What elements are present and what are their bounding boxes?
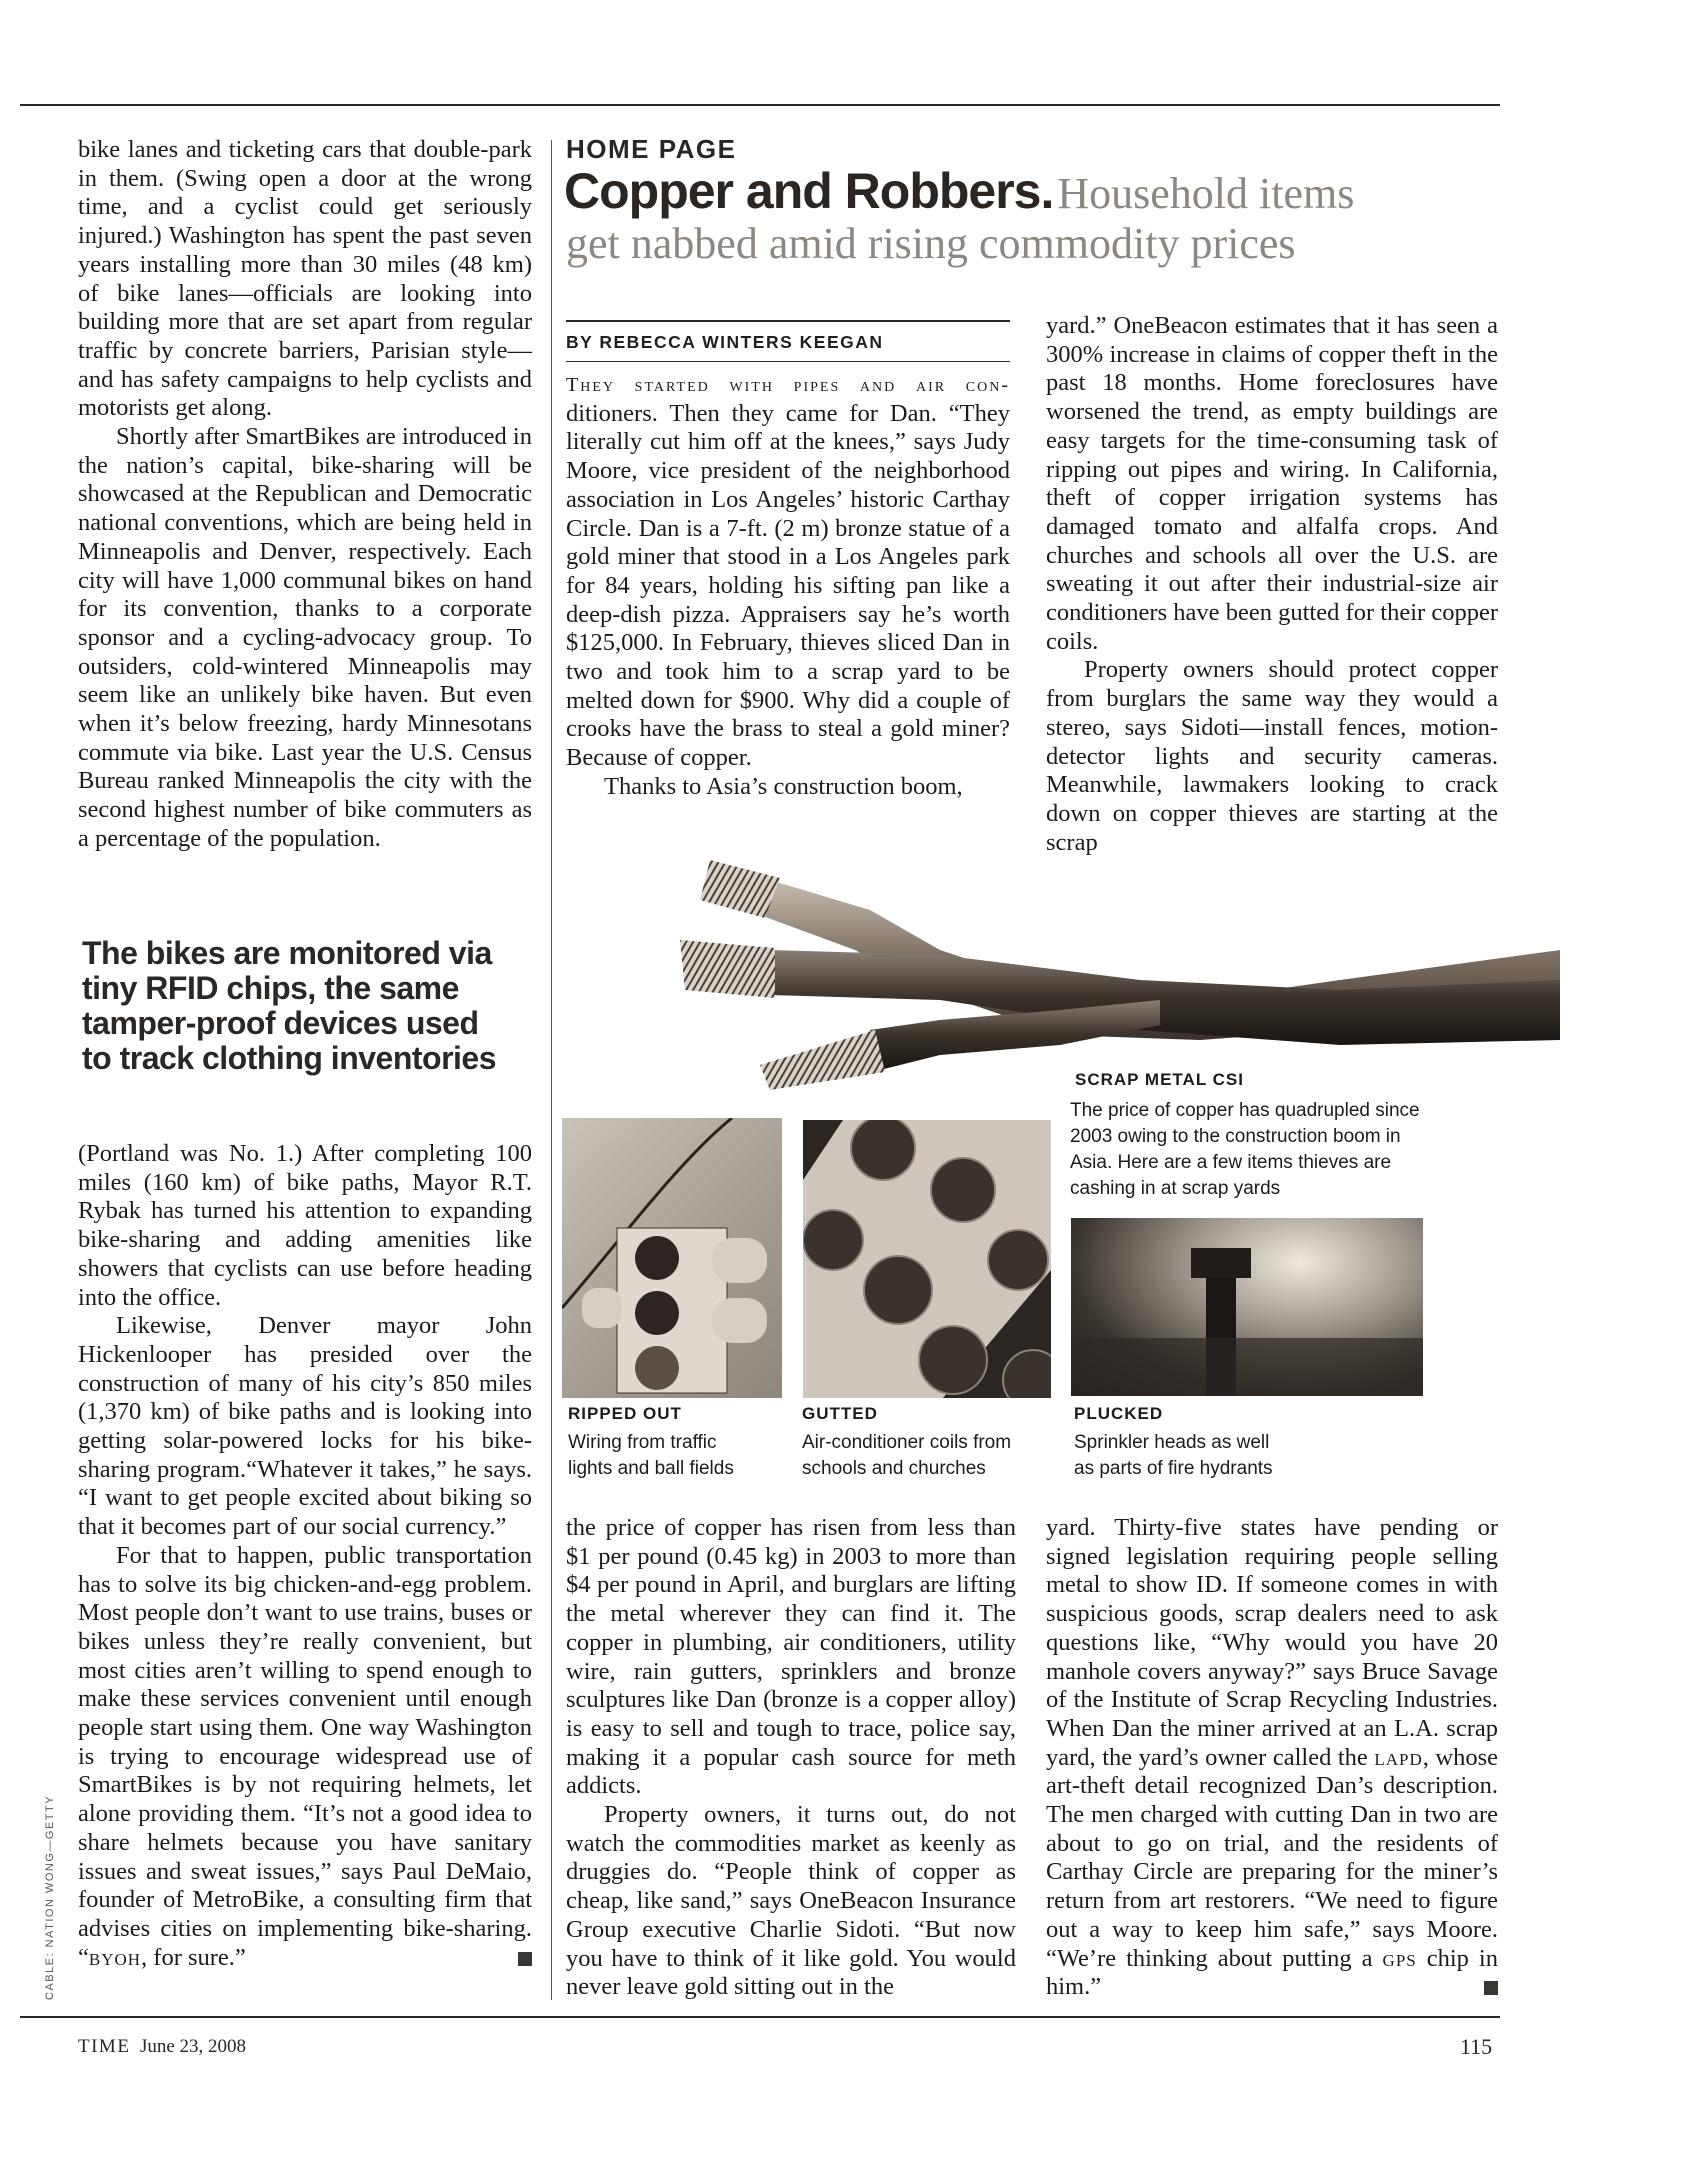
bottom-rule [20, 2016, 1500, 2018]
article-right-top: yard.” OneBeacon estimates that it has s… [1046, 312, 1498, 857]
sprinkler-icon [1071, 1218, 1423, 1396]
article-middle-top: They started with pipes and air con- dit… [566, 370, 1010, 802]
traffic-light-photo [562, 1118, 782, 1398]
left-para-2: Shortly after SmartBikes are introduced … [78, 423, 532, 854]
sprinkler-photo [1071, 1218, 1423, 1396]
caption-gutted: GUTTED Air-conditioner coils from school… [802, 1404, 1062, 1482]
left-para-4: Likewise, Denver mayor John Hickenlooper… [78, 1312, 532, 1542]
headline-bold: Copper and Robbers. [564, 163, 1053, 219]
article-mid-bottom-p2: Property owners, it turns out, do not wa… [566, 1801, 1016, 2002]
page-number: 115 [1460, 2034, 1492, 2060]
left-para-1: bike lanes and ticketing cars that doubl… [78, 136, 532, 423]
left-para-3: (Portland was No. 1.) After completing 1… [78, 1140, 532, 1312]
photo-credit: CABLE: NATION WONG—GETTY [44, 1795, 56, 2000]
magazine-name: TIME [78, 2036, 130, 2057]
article-mid-top-p2: Thanks to Asia’s construction boom, [566, 773, 1010, 802]
article-right-top-p1: yard.” OneBeacon estimates that it has s… [1046, 312, 1498, 656]
end-mark-icon [518, 1952, 532, 1966]
caption-ripped-out: RIPPED OUT Wiring from traffic lights an… [568, 1404, 788, 1482]
cable-illustration-icon [640, 840, 1560, 1090]
headline-deck-2: get nabbed amid rising commodity prices [566, 218, 1296, 269]
end-mark-icon [1484, 1981, 1498, 1995]
issue-date: June 23, 2008 [140, 2036, 246, 2057]
graphic-title: SCRAP METAL CSI [1075, 1070, 1244, 1090]
caption-plucked: PLUCKED Sprinkler heads as well as parts… [1074, 1404, 1334, 1482]
left-para-5: For that to happen, public transportatio… [78, 1542, 532, 1973]
pull-quote: The bikes are monitored via tiny RFID ch… [82, 936, 502, 1076]
column-divider [551, 140, 552, 2000]
article-right-top-p2: Property owners should protect copper fr… [1046, 656, 1498, 857]
article-right-bottom-p1: yard. Thirty-five states have pending or… [1046, 1514, 1498, 2002]
graphic-intro: The price of copper has quadrupled since… [1070, 1098, 1440, 1202]
left-column: bike lanes and ticketing cars that doubl… [78, 136, 532, 854]
section-kicker: HOME PAGE [566, 134, 736, 165]
headline: Copper and Robbers. Household items [564, 162, 1524, 220]
article-middle-bottom: the price of copper has risen from less … [566, 1514, 1016, 2002]
byline: BY REBECCA WINTERS KEEGAN [566, 332, 884, 353]
article-right-bottom: yard. Thirty-five states have pending or… [1046, 1514, 1498, 2002]
byline-rule-top [566, 320, 1010, 322]
byline-rule-bottom [566, 361, 1010, 362]
footer-left: TIME June 23, 2008 [78, 2036, 246, 2058]
top-rule [20, 104, 1500, 106]
article-lead: They started with pipes and air con- dit… [566, 370, 1010, 773]
traffic-light-icon [562, 1118, 782, 1398]
air-conditioner-coils-photo [803, 1120, 1051, 1398]
article-mid-bottom-p1: the price of copper has risen from less … [566, 1514, 1016, 1801]
copper-cable-photo [640, 840, 1560, 1090]
left-column-lower: (Portland was No. 1.) After completing 1… [78, 1140, 532, 1972]
headline-deck-1: Household items [1057, 169, 1354, 218]
ac-coils-icon [803, 1120, 1051, 1398]
